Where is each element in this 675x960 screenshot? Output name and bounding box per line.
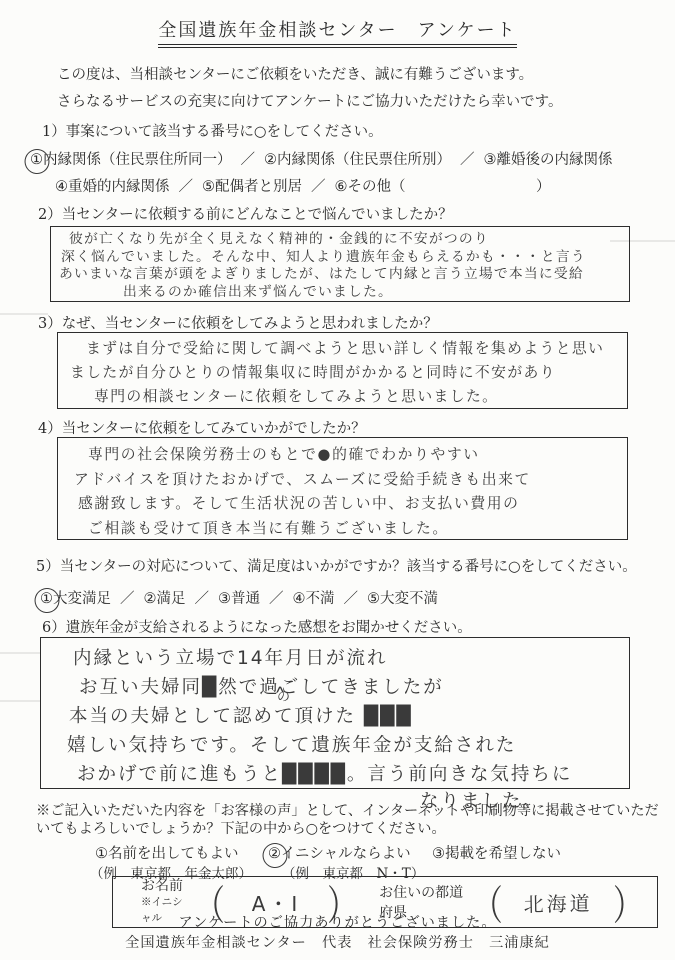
q1-option-2-label: 内縁関係（住民票住所別） <box>277 152 451 168</box>
q2-answer-line: 深く悩んでいました。そんな中、知人より遺族年金もらえるかも・・・と言う <box>61 249 621 267</box>
q2-label: 2）当センターに依頼する前にどんなことで悩んでいましたか？ <box>38 203 453 224</box>
q1-option-4-label: 重婚的内縁関係 <box>68 179 170 195</box>
publish-option-2: ②イニシャルならよい <box>268 842 411 863</box>
option-separator: ／ <box>344 591 359 607</box>
q4-answer-line: ご相談も受けて頂き本当に有難うございました。 <box>88 517 619 542</box>
q4-answer-box: 専門の社会保険労務士のもとで●的確でわかりやすい アドバイスを頂けたおかげで、ス… <box>57 437 628 540</box>
q6-answer-box: 内縁という立場で14年∧の月日が流れ お互い夫婦同█然で過ごしてきましたが 本当… <box>40 637 630 789</box>
q3-label: 3）なぜ、当センターに依頼をしてみようと思われましたか？ <box>38 312 438 333</box>
q6-line1-pre: 内縁という立場で14年 <box>73 648 285 669</box>
q1-option-6: ⑥その他（ ） <box>335 179 551 195</box>
q5-option-2-label: 満足 <box>157 591 186 607</box>
q1-option-4: ④重婚的内縁関係 <box>55 179 170 195</box>
q2-answer-box: 彼が亡くなり先が全く見えなく精神的・金銭的に不安がつのり 深く悩んでいました。そ… <box>50 226 630 302</box>
q6-label: 6）遺族年金が支給されるようになった感想をお聞かせください。 <box>42 616 472 637</box>
q3-answer-line: ましたが自分ひとりの情報集収に時間がかかると同時に不安があり <box>70 361 619 385</box>
q1-option-1-label: 内縁関係（住民票住所同一） <box>43 152 232 168</box>
q4-answer-line: 専門の社会保険労務士のもとで●的確でわかりやすい <box>88 443 619 468</box>
option-separator: ／ <box>311 179 326 195</box>
publish-option-2-number circled-mark: ② <box>268 846 281 862</box>
q1-option-5-label: 配偶者と別居 <box>215 179 302 195</box>
q6-answer-line: 本当の夫婦として認めて頂けた ███ <box>69 702 619 731</box>
q1-options-row1: ①内縁関係（住民票住所同一）／②内縁関係（住民票住所別）／③離婚後の内縁関係 <box>30 148 613 169</box>
q5-option-4-label: 不満 <box>306 591 335 607</box>
q1-option-2: ②内縁関係（住民票住所別） <box>264 152 451 168</box>
name-label-text: お名前 <box>141 878 191 894</box>
q3-answer-box: まずは自分で受給に関して調べようと思い詳しく情報を集めようと思い ましたが自分ひ… <box>57 332 628 409</box>
scan-artifact <box>0 700 40 702</box>
thanks-text: アンケートのご協力ありがとうございました。 <box>0 912 675 932</box>
q5-option-2: ②満足 <box>144 591 186 607</box>
q5-option-1-number circled-mark: ① <box>40 591 53 607</box>
q3-answer-line: 専門の相談センターに依頼をしてみようと思いました。 <box>94 385 619 409</box>
q2-answer-line: 出来るのか確信出来ず悩んでいました。 <box>123 284 621 302</box>
option-separator: ／ <box>241 152 256 168</box>
intro-line-1: この度は、当相談センターにご依頼をいただき、誠に有難うございます。 <box>57 62 562 89</box>
q1-option-1-number circled-mark: ① <box>30 152 43 168</box>
option-separator: ／ <box>179 179 194 195</box>
publish-option-3: ③掲載を希望しない <box>432 842 561 863</box>
q1-option-6-number: ⑥ <box>335 179 348 195</box>
q5-option-5-number: ⑤ <box>367 591 380 607</box>
q1-option-1: ①内縁関係（住民票住所同一） <box>30 152 232 168</box>
q6-answer-line: 内縁という立場で14年∧の月日が流れ <box>73 644 619 673</box>
q5-option-5: ⑤大変不満 <box>367 591 438 607</box>
q6-answer-line: お互い夫婦同█然で過ごしてきましたが <box>79 673 619 702</box>
page-title: 全国遺族年金相談センター アンケート <box>0 16 675 42</box>
publish-option-1-number: ① <box>95 846 108 862</box>
q2-answer-line: あいまいな言葉が頭をよぎりましたが、はたして内縁と言う立場で本当に受給 <box>59 266 621 284</box>
page-title-text: 全国遺族年金相談センター アンケート <box>158 20 516 48</box>
publish-option-1: ①名前を出してもよい <box>95 842 239 863</box>
q1-option-4-number: ④ <box>55 179 68 195</box>
intro-text: この度は、当相談センターにご依頼をいただき、誠に有難うございます。 さらなるサー… <box>57 62 562 116</box>
q6-answer-line: おかげで前に進もうと████。言う前向きな気持ちに <box>77 760 619 789</box>
q5-option-5-label: 大変不満 <box>380 591 438 607</box>
q5-option-4: ④不満 <box>293 591 335 607</box>
questionnaire-page: 全国遺族年金相談センター アンケート この度は、当相談センターにご依頼をいただき… <box>0 0 675 960</box>
signature-text: 全国遺族年金相談センター 代表 社会保険労務士 三浦康紀 <box>0 932 675 952</box>
q5-options-row: ①大変満足／②満足／③普通／④不満／⑤大変不満 <box>40 587 438 608</box>
q1-option-3-label: 離婚後の内縁関係 <box>497 152 613 168</box>
q5-label: 5）当センターの対応について、満足度はいかがですか？該当する番号に○をしてくださ… <box>36 555 637 576</box>
option-separator: ／ <box>269 591 284 607</box>
q5-option-1-label: 大変満足 <box>53 591 111 607</box>
q5-option-2-number: ② <box>144 591 157 607</box>
q4-answer-line: アドバイスを頂けたおかげで、スムーズに受給手続きも出来て <box>74 468 619 493</box>
option-separator: ／ <box>460 152 475 168</box>
q1-option-5: ⑤配偶者と別居 <box>202 179 302 195</box>
q1-option-5-number: ⑤ <box>202 179 215 195</box>
q1-option-2-number: ② <box>264 152 277 168</box>
publish-option-3-number: ③ <box>432 846 445 862</box>
publish-option-2-label: イニシャルならよい <box>281 846 411 862</box>
q1-label: 1）事案について該当する番号に○をしてください。 <box>42 120 383 141</box>
q5-option-4-number: ④ <box>293 591 306 607</box>
q4-label: 4）当センターに依頼をしてみていかがでしたか？ <box>38 417 366 438</box>
q6-answer-line: 嬉しい気持ちです。そして遺族年金が支給された <box>67 731 619 760</box>
q1-option-6-label: その他（ ） <box>348 179 551 195</box>
publish-note-line-2: いてもよろしいでしょうか？下記の中から○をつけてください。 <box>36 821 659 839</box>
publish-option-1-label: 名前を出してもよい <box>108 846 239 862</box>
q5-option-3-label: 普通 <box>231 591 260 607</box>
inserted-char: の <box>277 683 290 712</box>
q3-answer-line: まずは自分で受給に関して調べようと思い詳しく情報を集めようと思い <box>86 337 619 361</box>
q2-answer-line: 彼が亡くなり先が全く見えなく精神的・金銭的に不安がつのり <box>69 231 621 249</box>
q6-line1-post: 月日が流れ <box>285 648 388 669</box>
option-separator: ／ <box>195 591 210 607</box>
q1-option-3: ③離婚後の内縁関係 <box>484 152 613 168</box>
q5-option-3-number: ③ <box>218 591 231 607</box>
q1-options-row2: ④重婚的内縁関係／⑤配偶者と別居／⑥その他（ ） <box>55 175 551 196</box>
q1-option-3-number: ③ <box>484 152 497 168</box>
scan-artifact <box>0 652 40 654</box>
q5-option-1: ①大変満足 <box>40 591 111 607</box>
q4-answer-line: 感謝致します。そして生活状況の苦しい中、お支払い費用の <box>78 492 619 517</box>
publish-option-3-label: 掲載を希望しない <box>445 846 561 862</box>
publish-note: ※ご記入いただいた内容を「お客様の声」として、インターネットや印刷物等に掲載させ… <box>36 803 659 838</box>
option-separator: ／ <box>120 591 135 607</box>
publish-note-line-1: ※ご記入いただいた内容を「お客様の声」として、インターネットや印刷物等に掲載させ… <box>36 803 659 821</box>
intro-line-2: さらなるサービスの充実に向けてアンケートにご協力いただけたら幸いです。 <box>57 89 562 116</box>
q5-option-3: ③普通 <box>218 591 260 607</box>
